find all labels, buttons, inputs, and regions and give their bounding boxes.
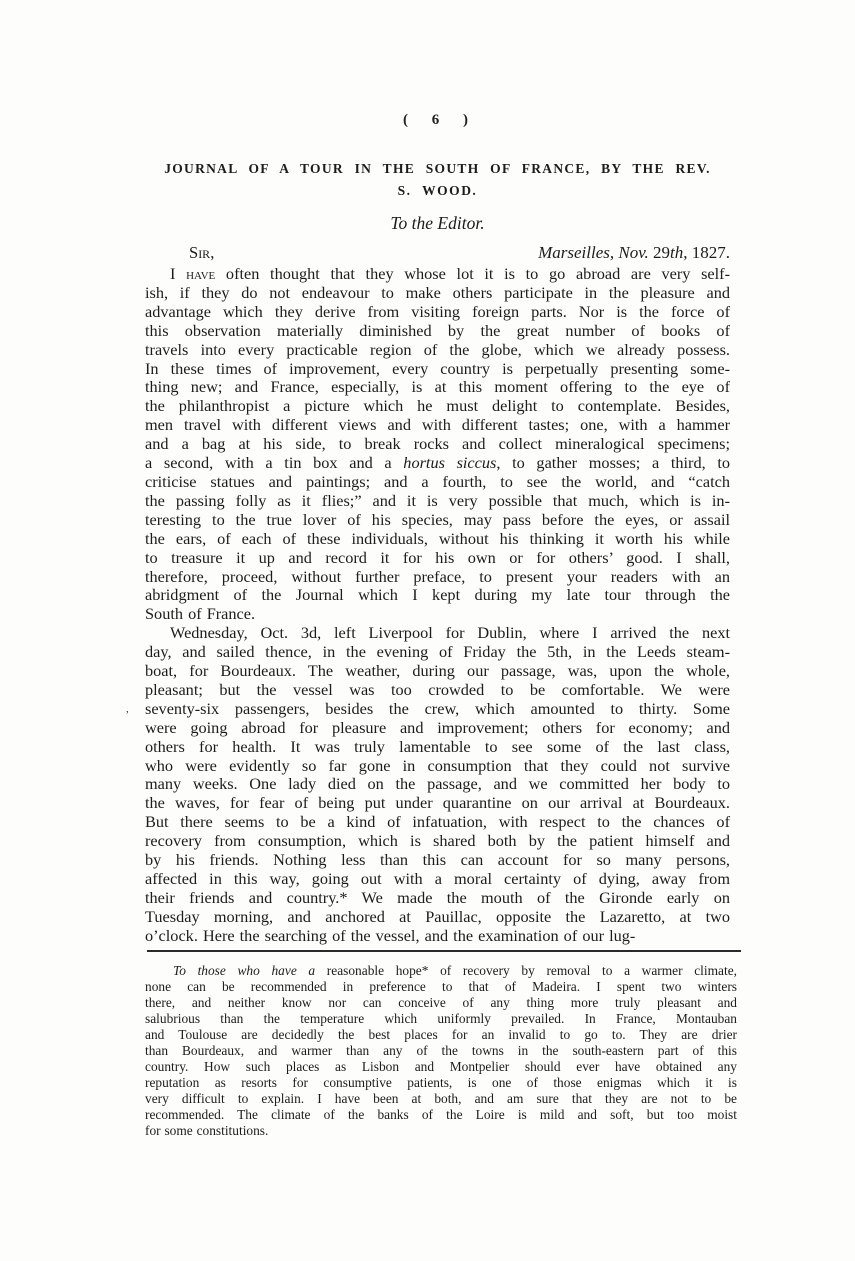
salutation-row: Sir, Marseilles, Nov. 29th, 1827. xyxy=(145,243,730,263)
text-line: their friends and country.* We made the … xyxy=(145,889,730,908)
text-line: the passing folly as it flies;” and it i… xyxy=(145,492,730,511)
text-line: the waves, for fear of being put under q… xyxy=(145,794,730,813)
text-line: South of France. xyxy=(145,605,730,624)
text-line: many weeks. One lady died on the passage… xyxy=(145,775,730,794)
text-line: advantage which they derive from visitin… xyxy=(145,303,730,322)
text-line: Wednesday, Oct. 3d, left Liverpool for D… xyxy=(145,624,730,643)
text-line: the ears, of each of these individuals, … xyxy=(145,530,730,549)
text-line: In these times of improvement, every cou… xyxy=(145,360,730,379)
article-title-line1: JOURNAL OF A TOUR IN THE SOUTH OF FRANCE… xyxy=(145,161,730,177)
text-line: none can be recommended in preference to… xyxy=(145,979,737,995)
dateline: Marseilles, Nov. 29th, 1827. xyxy=(538,243,730,263)
text-line: were going abroad for pleasure and impro… xyxy=(145,719,730,738)
text-line: and a bag at his side, to break rocks an… xyxy=(145,435,730,454)
text-line: for some constitutions. xyxy=(145,1123,737,1139)
text-line: a second, with a tin box and a hortus si… xyxy=(145,454,730,473)
page-content: ( 6 ) JOURNAL OF A TOUR IN THE SOUTH OF … xyxy=(145,112,730,1139)
text-line: To those who have a reasonable hope* of … xyxy=(145,963,737,979)
text-line: who were evidently so far gone in consum… xyxy=(145,757,730,776)
text-line: recommended. The climate of the banks of… xyxy=(145,1107,737,1123)
text-line: this observation materially diminished b… xyxy=(145,322,730,341)
text-line: to treasure it up and record it for his … xyxy=(145,549,730,568)
footnote: To those who have a reasonable hope* of … xyxy=(145,963,737,1139)
text-line: men travel with different views and with… xyxy=(145,416,730,435)
text-line: very difficult to explain. I have been a… xyxy=(145,1091,737,1107)
text-line: recovery from consumption, which is shar… xyxy=(145,832,730,851)
footnote-rule xyxy=(147,950,741,952)
text-line: country. How such places as Lisbon and M… xyxy=(145,1059,737,1075)
book-page: , ( 6 ) JOURNAL OF A TOUR IN THE SOUTH O… xyxy=(0,0,855,1261)
scan-artifact-mark: , xyxy=(126,703,129,715)
text-line: pleasant; but the vessel was too crowded… xyxy=(145,681,730,700)
text-line: the philanthropist a picture which he mu… xyxy=(145,397,730,416)
text-line: day, and sailed thence, in the evening o… xyxy=(145,643,730,662)
text-line: abridgment of the Journal which I kept d… xyxy=(145,586,730,605)
text-line: o’clock. Here the searching of the vesse… xyxy=(145,927,730,946)
text-line: others for health. It was truly lamentab… xyxy=(145,738,730,757)
text-line: criticise statues and paintings; and a f… xyxy=(145,473,730,492)
text-line: seventy-six passengers, besides the crew… xyxy=(145,700,730,719)
text-line: ish, if they do not endeavour to make ot… xyxy=(145,284,730,303)
salutation-sir: Sir, xyxy=(145,243,214,263)
text-line: and Toulouse are decidedly the best plac… xyxy=(145,1027,737,1043)
text-line: teresting to the true lover of his speci… xyxy=(145,511,730,530)
text-line: Tuesday morning, and anchored at Pauilla… xyxy=(145,908,730,927)
text-line: thing new; and France, especially, is at… xyxy=(145,378,730,397)
page-number: ( 6 ) xyxy=(145,112,730,129)
text-line: than Bourdeaux, and warmer than any of t… xyxy=(145,1043,737,1059)
text-line: by his friends. Nothing less than this c… xyxy=(145,851,730,870)
text-line: travels into every practicable region of… xyxy=(145,341,730,360)
addressed-to-editor: To the Editor. xyxy=(145,213,730,234)
text-line: boat, for Bourdeaux. The weather, during… xyxy=(145,662,730,681)
article-title-line2: S. WOOD. xyxy=(145,183,730,199)
text-line: reputation as resorts for consumptive pa… xyxy=(145,1075,737,1091)
text-line: But there seems to be a kind of infatuat… xyxy=(145,813,730,832)
text-line: affected in this way, going out with a m… xyxy=(145,870,730,889)
text-line: therefore, proceed, without further pref… xyxy=(145,568,730,587)
text-line: there, and neither know nor can conceive… xyxy=(145,995,737,1011)
letter-body: I have often thought that they whose lot… xyxy=(145,265,730,946)
text-line: I have often thought that they whose lot… xyxy=(145,265,730,284)
text-line: salubrious than the temperature which un… xyxy=(145,1011,737,1027)
